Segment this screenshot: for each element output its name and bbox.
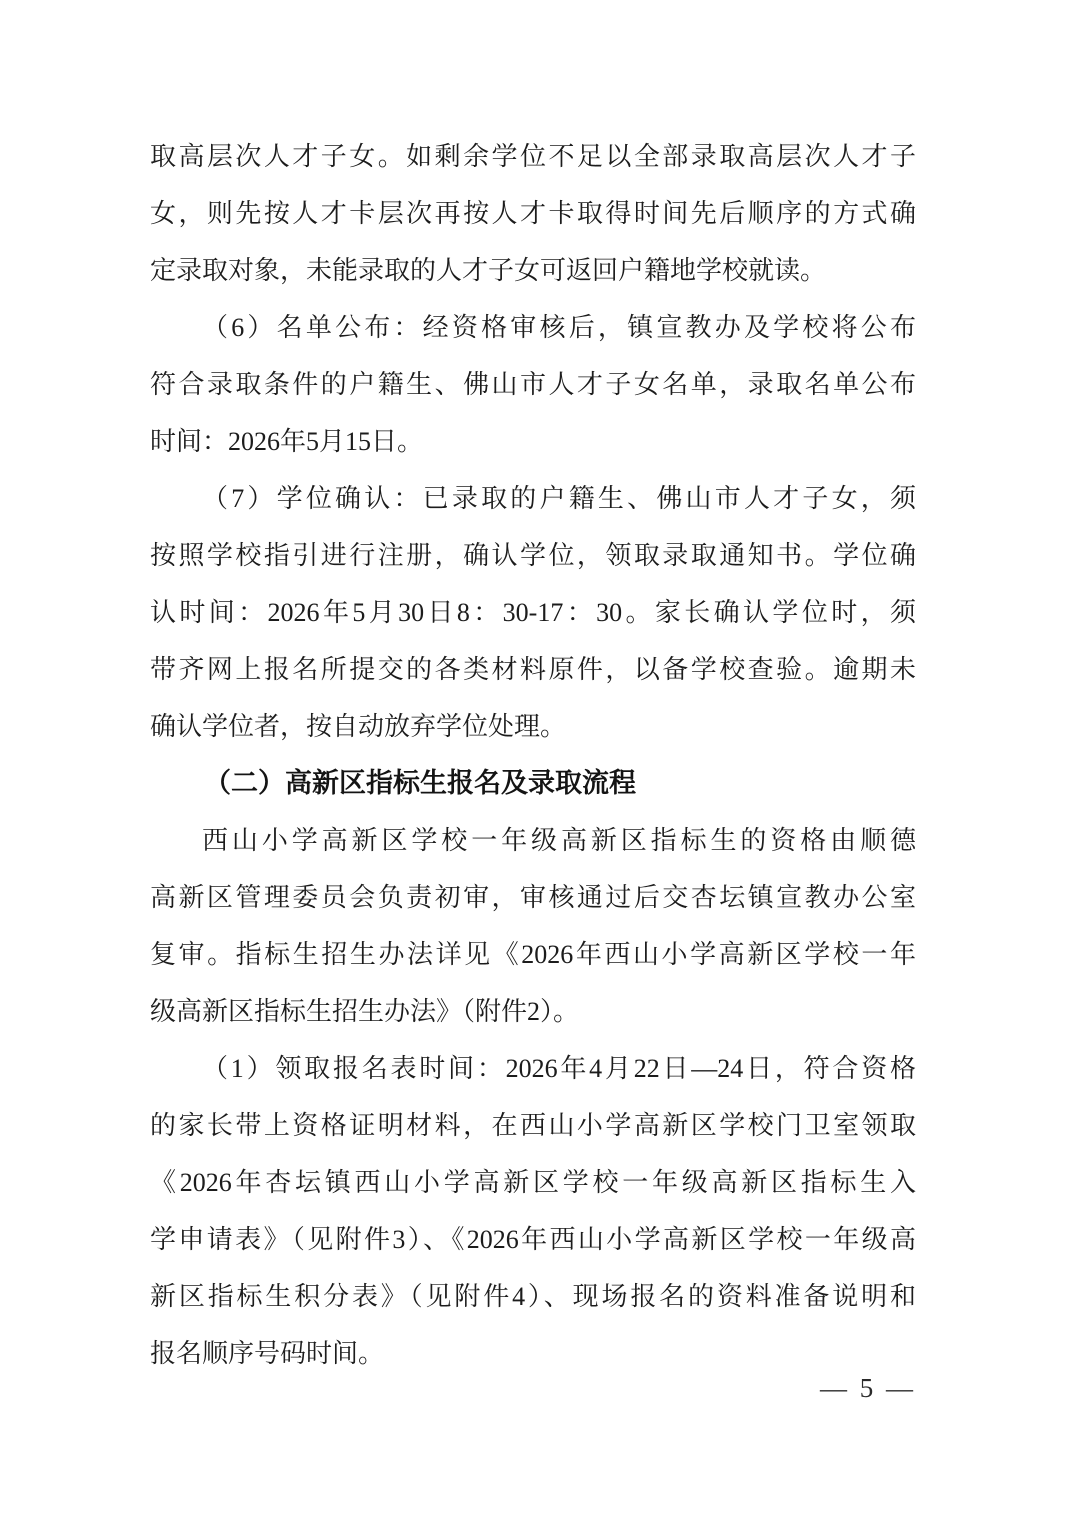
para-section-2-intro-line-3: 复审。指标生招生办法详见《2026年西山小学高新区学校一年 — [150, 926, 916, 983]
para-item-1-form-collection-line-1: （1）领取报名表时间：2026年4月22日—24日，符合资格 — [150, 1040, 916, 1097]
para-item-6-list-publication-line-1: （6）名单公布：经资格审核后，镇宣教办及学校将公布 — [150, 299, 916, 356]
heading-section-2-line-1: （二）高新区指标生报名及录取流程 — [150, 755, 916, 812]
para-item-1-form-collection-line-2: 的家长带上资格证明材料，在西山小学高新区学校门卫室领取 — [150, 1097, 916, 1154]
para-item-1-form-collection-line-5: 新区指标生积分表》（见附件4）、现场报名的资料准备说明和 — [150, 1268, 916, 1325]
para-item-7-seat-confirmation-line-1: （7）学位确认：已录取的户籍生、佛山市人才子女，须 — [150, 470, 916, 527]
para-item-7-seat-confirmation-line-2: 按照学校指引进行注册，确认学位，领取录取通知书。学位确 — [150, 527, 916, 584]
para-item-7-seat-confirmation-line-3: 认时间：2026年5月30日8：30-17：30。家长确认学位时，须 — [150, 584, 916, 641]
para-section-2-intro-line-4: 级高新区指标生招生办法》（附件2）。 — [150, 983, 916, 1040]
para-section-2-intro-line-1: 西山小学高新区学校一年级高新区指标生的资格由顺德 — [150, 812, 916, 869]
para-continued-from-previous-page-line-1: 取高层次人才子女。如剩余学位不足以全部录取高层次人才子 — [150, 128, 916, 185]
document-body: 取高层次人才子女。如剩余学位不足以全部录取高层次人才子女，则先按人才卡层次再按人… — [150, 128, 916, 1382]
para-item-7-seat-confirmation-line-4: 带齐网上报名所提交的各类材料原件，以备学校查验。逾期未 — [150, 641, 916, 698]
para-continued-from-previous-page-line-2: 女，则先按人才卡层次再按人才卡取得时间先后顺序的方式确 — [150, 185, 916, 242]
para-section-2-intro-line-2: 高新区管理委员会负责初审，审核通过后交杏坛镇宣教办公室 — [150, 869, 916, 926]
para-item-6-list-publication-line-3: 时间：2026年5月15日。 — [150, 413, 916, 470]
para-continued-from-previous-page-line-3: 定录取对象，未能录取的人才子女可返回户籍地学校就读。 — [150, 242, 916, 299]
para-item-6-list-publication-line-2: 符合录取条件的户籍生、佛山市人才子女名单，录取名单公布 — [150, 356, 916, 413]
para-item-1-form-collection-line-4: 学申请表》（见附件3）、《2026年西山小学高新区学校一年级高 — [150, 1211, 916, 1268]
para-item-1-form-collection-line-3: 《2026年杏坛镇西山小学高新区学校一年级高新区指标生入 — [150, 1154, 916, 1211]
page-number: — 5 — — [820, 1368, 916, 1408]
para-item-1-form-collection-line-6: 报名顺序号码时间。 — [150, 1325, 916, 1382]
para-item-7-seat-confirmation-line-5: 确认学位者，按自动放弃学位处理。 — [150, 698, 916, 755]
document-page: 取高层次人才子女。如剩余学位不足以全部录取高层次人才子女，则先按人才卡层次再按人… — [0, 0, 1080, 1527]
